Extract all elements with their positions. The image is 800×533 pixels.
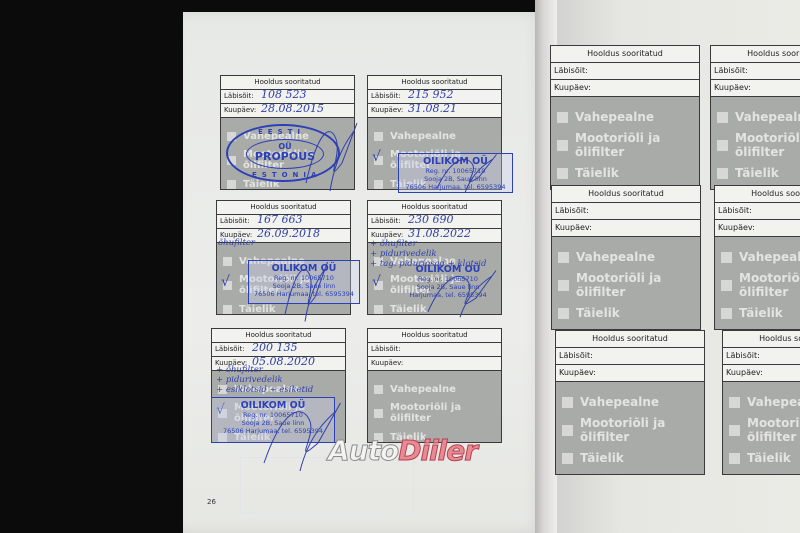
service-option: Mootoriõli ja õlifilter	[729, 416, 800, 444]
checkbox	[717, 168, 728, 179]
stamp-company-name: OILIKOM OÜ	[395, 264, 501, 275]
service-option: Mootoriõli ja õlifilter	[557, 131, 693, 159]
company-stamp: OILIKOM OÜReg. nr. 10065710Sooja 2B, Sau…	[398, 153, 513, 193]
option-label: Vahepealne	[576, 250, 655, 264]
service-option: Vahepealne	[374, 377, 495, 401]
date-label: Kuupäev:	[714, 83, 751, 92]
checkbox	[374, 385, 383, 394]
service-options: Vahepealne Mootoriõli ja õlifilter Täiel…	[715, 237, 800, 333]
stamp-line: Reg. nr. 10065710	[215, 411, 331, 419]
option-label: Vahepealne	[390, 384, 456, 395]
service-option: Täielik	[721, 299, 800, 327]
mileage-row: Läbisõit:	[711, 63, 800, 80]
checkbox	[721, 252, 732, 263]
option-label: Täielik	[735, 166, 779, 180]
option-label: Vahepealne	[580, 395, 659, 409]
option-label: Täielik	[575, 166, 619, 180]
stamp-line: Sooja 2B, Saue linn	[395, 283, 501, 291]
check-mark-icon: √	[221, 274, 230, 290]
service-card: Hooldus sooritatud Läbisõit: Kuupäev: Va…	[367, 328, 502, 443]
date-row: Kuupäev:	[552, 220, 700, 237]
mileage-label: Läbisõit:	[220, 217, 250, 225]
date-label: Kuupäev:	[554, 83, 591, 92]
checkbox	[223, 257, 232, 266]
date-row: Kuupäev:	[711, 80, 800, 97]
checkbox	[227, 180, 236, 189]
option-label: Vahepealne	[747, 395, 800, 409]
propous-oval-stamp: EESTI OÜ PROPOUS ESTONIA	[226, 124, 340, 182]
date-value: 26.09.2018	[257, 227, 320, 240]
stamp-company-name: OILIKOM OÜ	[252, 263, 356, 274]
mileage-label: Läbisõit:	[371, 345, 401, 353]
checkbox: √	[374, 156, 383, 165]
checkbox	[558, 308, 569, 319]
date-label: Kuupäev:	[718, 223, 755, 232]
checkbox	[374, 305, 383, 314]
date-row: Kuupäev:	[368, 357, 501, 371]
mileage-label: Läbisõit:	[371, 92, 401, 100]
checkbox: √	[374, 281, 383, 290]
option-label: Mootoriõli ja õlifilter	[739, 271, 800, 299]
service-option: Vahepealne	[717, 103, 800, 131]
page-number: 26	[207, 498, 216, 506]
checkbox	[717, 140, 728, 151]
note-line: + pidurivedelik	[216, 375, 313, 385]
stamp-line: Harjumaa, tel. 6595394	[395, 291, 501, 299]
handwritten-notes: + õhufilter+ pidurivedelik+ esiklotsid +…	[216, 365, 313, 395]
mileage-value: 108 523	[261, 88, 307, 101]
date-row: Kuupäev:	[551, 80, 699, 97]
mileage-row: Läbisõit:	[368, 343, 501, 357]
service-options: Vahepealne Mootoriõli ja õlifilter Täiel…	[551, 97, 699, 193]
option-label: Mootoriõli ja õlifilter	[747, 416, 800, 444]
note-line: + õhufilter	[216, 365, 313, 375]
service-option: Vahepealne	[558, 243, 694, 271]
service-option: Vahepealne	[729, 388, 800, 416]
date-label: Kuupäev:	[555, 223, 592, 232]
mileage-row: Läbisõit:	[551, 63, 699, 80]
service-option: Täielik	[717, 159, 800, 187]
mileage-row: Läbisõit:	[715, 203, 800, 220]
checkbox	[562, 425, 573, 436]
service-option: Mootoriõli ja õlifilter	[717, 131, 800, 159]
mileage-label: Läbisõit:	[554, 66, 588, 75]
stamp-center: OÜ PROPOUS	[246, 139, 324, 169]
checkbox	[729, 425, 740, 436]
checkbox	[223, 305, 232, 314]
date-row: Kuupäev:	[715, 220, 800, 237]
date-row: Kuupäev:	[556, 365, 704, 382]
checkbox	[374, 180, 383, 189]
service-option: Mootoriõli ja õlifilter	[374, 401, 495, 425]
checkbox	[374, 409, 383, 418]
service-option: Mootoriõli ja õlifilter	[558, 271, 694, 299]
check-mark-icon: √	[372, 149, 381, 165]
checkbox	[557, 168, 568, 179]
option-label: Vahepealne	[739, 250, 800, 264]
service-card: Hooldus sooritatud Läbisõit: Kuupäev: Va…	[555, 330, 705, 475]
service-option: Täielik	[562, 444, 698, 472]
service-options: Vahepealne Mootoriõli ja õlifilter Täiel…	[723, 382, 800, 478]
option-label: Mootoriõli ja õlifilter	[576, 271, 694, 299]
company-stamp: OILIKOM OÜReg. nr. 10065710Sooja 2B, Sau…	[211, 397, 335, 443]
faint-text	[241, 468, 413, 476]
service-options: Vahepealne Mootoriõli ja õlifilter Täiel…	[552, 237, 700, 333]
date-label: Kuupäev:	[371, 359, 403, 367]
stamp-company-name: OILIKOM OÜ	[402, 156, 509, 167]
service-card: Hooldus sooritatud Läbisõit: Kuupäev: Va…	[714, 185, 800, 330]
checkbox	[558, 280, 569, 291]
checkbox	[562, 453, 573, 464]
date-row: Kuupäev:	[723, 365, 800, 382]
autodiiler-watermark: AutoDiiler	[328, 434, 477, 467]
mileage-row: Läbisõit:	[552, 203, 700, 220]
date-label: Kuupäev:	[371, 106, 403, 114]
checkbox	[557, 140, 568, 151]
check-mark-icon: √	[372, 274, 381, 290]
card-title: Hooldus sooritatud	[711, 46, 800, 63]
service-option: Vahepealne	[562, 388, 698, 416]
checkbox	[374, 132, 383, 141]
service-option: Täielik	[729, 444, 800, 472]
service-card: Hooldus sooritatud Läbisõit: Kuupäev: Va…	[550, 45, 700, 190]
service-option: Vahepealne	[374, 124, 495, 148]
card-title: Hooldus sooritatud	[552, 186, 700, 203]
note-line: + esiklotsid + esiketid	[216, 385, 313, 395]
checkbox	[562, 397, 573, 408]
mileage-label: Läbisõit:	[718, 206, 752, 215]
card-title: Hooldus sooritatud	[551, 46, 699, 63]
mileage-label: Läbisõit:	[714, 66, 748, 75]
mileage-value: 167 663	[257, 213, 303, 226]
option-label: Mootoriõli ja õlifilter	[735, 131, 800, 159]
card-title: Hooldus sooritatud	[715, 186, 800, 203]
checkbox	[557, 112, 568, 123]
checkbox	[729, 453, 740, 464]
date-row: Kuupäev: 31.08.21	[368, 104, 501, 118]
stamp-line: Sooja 2B, Saue linn	[402, 175, 509, 183]
option-label: Täielik	[739, 306, 783, 320]
checkbox	[721, 280, 732, 291]
date-label: Kuupäev:	[224, 106, 256, 114]
service-option: Täielik	[558, 299, 694, 327]
date-label: Kuupäev:	[726, 368, 763, 377]
mileage-label: Läbisõit:	[215, 345, 245, 353]
mileage-label: Läbisõit:	[224, 92, 254, 100]
mileage-value: 230 690	[408, 213, 454, 226]
date-value: 28.08.2015	[261, 102, 324, 115]
service-option: Täielik	[557, 159, 693, 187]
mileage-label: Läbisõit:	[555, 206, 589, 215]
option-label: Täielik	[239, 304, 275, 315]
date-row: Kuupäev: 28.08.2015	[221, 104, 354, 118]
mileage-label: Läbisõit:	[726, 351, 760, 360]
stamp-line: Sooja 2B, Saue linn	[215, 419, 331, 427]
option-label: Vahepealne	[390, 131, 456, 142]
date-value: 31.08.21	[408, 102, 457, 115]
card-title: Hooldus sooritatud	[556, 331, 704, 348]
stamp-line: Reg. nr. 10065710	[252, 274, 356, 282]
option-label: Mootoriõli ja õlifilter	[580, 416, 698, 444]
note-line: + pidurivedelik	[370, 249, 486, 259]
checkbox	[729, 397, 740, 408]
option-label: Täielik	[576, 306, 620, 320]
company-stamp: OILIKOM OÜReg. nr. 10065710Sooja 2B, Sau…	[392, 262, 504, 314]
option-label: Mootoriõli ja õlifilter	[575, 131, 693, 159]
service-option: Mootoriõli ja õlifilter	[562, 416, 698, 444]
service-card: Hooldus sooritatud Läbisõit: Kuupäev: Va…	[710, 45, 800, 190]
mileage-value: 200 135	[252, 341, 298, 354]
option-label: Täielik	[747, 451, 791, 465]
option-label: Mootoriõli ja õlifilter	[390, 402, 495, 424]
company-stamp: OILIKOM OÜReg. nr. 10065710Sooja 2B, Sau…	[248, 260, 360, 304]
option-label: Täielik	[580, 451, 624, 465]
stamp-line: Reg. nr. 10065710	[395, 275, 501, 283]
service-option: Mootoriõli ja õlifilter	[721, 271, 800, 299]
card-title: Hooldus sooritatud	[723, 331, 800, 348]
checkbox	[717, 112, 728, 123]
option-label: Vahepealne	[575, 110, 654, 124]
service-options: Vahepealne Mootoriõli ja õlifilter Täiel…	[711, 97, 800, 193]
mileage-row: Läbisõit:	[556, 348, 704, 365]
option-label: Vahepealne	[735, 110, 800, 124]
stamp-bottom-text: ESTONIA	[252, 171, 321, 179]
stamp-line: 76506 Harjumaa, tel. 6595394	[215, 427, 331, 435]
stamp-line: Reg. nr. 10065710	[402, 167, 509, 175]
stamp-line: 76506 Harjumaa, tel. 6595394	[252, 290, 356, 298]
checkbox	[721, 308, 732, 319]
stamp-line: Sooja 2B, Saue linn	[252, 282, 356, 290]
checkbox: √	[223, 281, 232, 290]
note-line: + õhufilter	[370, 239, 486, 249]
service-options: Vahepealne Mootoriõli ja õlifilter Täiel…	[556, 382, 704, 478]
stamp-company-name: OILIKOM OÜ	[215, 400, 331, 411]
service-option: Vahepealne	[557, 103, 693, 131]
stamp-line: 76506 Harjumaa, tel. 6595394	[402, 183, 509, 191]
mileage-value: 215 952	[408, 88, 454, 101]
handwritten-notes: õhufilter	[218, 238, 255, 248]
mileage-label: Läbisõit:	[559, 351, 593, 360]
service-card: Hooldus sooritatud Läbisõit: Kuupäev: Va…	[551, 185, 701, 330]
mileage-label: Läbisõit:	[371, 217, 401, 225]
date-label: Kuupäev:	[559, 368, 596, 377]
service-card: Hooldus sooritatud Läbisõit: Kuupäev: Va…	[722, 330, 800, 475]
checkbox	[558, 252, 569, 263]
date-label: Kuupäev:	[371, 231, 403, 239]
mileage-row: Läbisõit:	[723, 348, 800, 365]
card-title: Hooldus sooritatud	[368, 329, 501, 343]
stamp-top-text: EESTI	[258, 128, 305, 136]
service-option: Vahepealne	[721, 243, 800, 271]
note-line: õhufilter	[218, 238, 255, 248]
